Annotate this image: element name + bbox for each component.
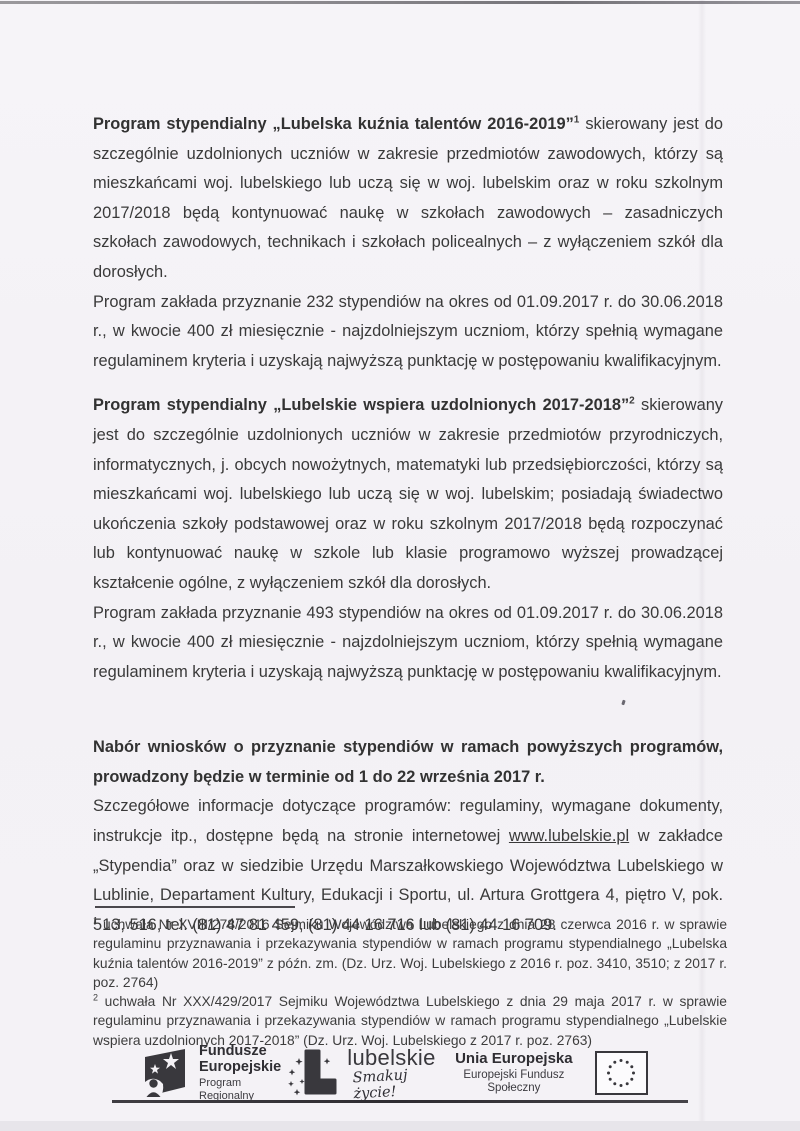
- footnote-separator-line: [95, 906, 295, 908]
- eu-flag-icon: [595, 1051, 648, 1095]
- footnote-1: 1 uchwała Nr XVIII/278/2016 Sejmiku Woje…: [93, 915, 727, 992]
- eu-funds-title-line-1: Fundusze: [199, 1043, 286, 1059]
- footnotes-section: 1 uchwała Nr XVIII/278/2016 Sejmiku Woje…: [93, 906, 727, 1050]
- lubelskie-logo-text: lubelskie Smakuj życie!: [347, 1047, 442, 1100]
- scan-top-edge-line: [0, 1, 800, 4]
- paragraph-program-2-details: Program zakłada przyznanie 493 stypendió…: [93, 599, 723, 688]
- eu-logo-text: Unia Europejska Europejski Fundusz Społe…: [442, 1051, 586, 1095]
- paragraph-program-2: Program stypendialny „Lubelskie wspiera …: [93, 391, 723, 598]
- lubelskie-slogan: Smakuj życie!: [353, 1065, 443, 1102]
- program-2-title: Program stypendialny „Lubelskie wspiera …: [93, 396, 629, 414]
- eu-funds-title-line-2: Europejskie: [199, 1059, 286, 1075]
- eu-title: Unia Europejska: [442, 1051, 586, 1067]
- footnote-1-text: uchwała Nr XVIII/278/2016 Sejmiku Wojewó…: [93, 917, 727, 990]
- lubelskie-title: lubelskie: [347, 1047, 442, 1068]
- footnote-2-text: uchwała Nr XXX/429/2017 Sejmiku Wojewódz…: [93, 994, 727, 1048]
- eu-funds-flag-icon: [140, 1048, 190, 1098]
- document-body: Program stypendialny „Lubelska kuźnia ta…: [93, 110, 723, 940]
- lubelskie-logo-group: lubelskie Smakuj życie!: [286, 1047, 442, 1100]
- eu-funds-logo-text: Fundusze Europejskie Program Regionalny: [199, 1043, 286, 1103]
- paragraph-program-1: Program stypendialny „Lubelska kuźnia ta…: [93, 110, 723, 288]
- eu-logo-group: Unia Europejska Europejski Fundusz Społe…: [442, 1051, 648, 1095]
- page-background: Program stypendialny „Lubelska kuźnia ta…: [0, 0, 800, 1121]
- lubelskie-website-link[interactable]: www.lubelskie.pl: [509, 827, 629, 845]
- paragraph-application-period: Nabór wniosków o przyznanie stypendiów w…: [93, 733, 723, 792]
- footnote-2: 2 uchwała Nr XXX/429/2017 Sejmiku Wojewó…: [93, 992, 727, 1050]
- program-2-text: skierowany jest do szczególnie uzdolnion…: [93, 396, 723, 592]
- program-1-text: skierowany jest do szczególnie uzdolnion…: [93, 115, 723, 281]
- footer-logos: Fundusze Europejskie Program Regionalny …: [140, 1047, 648, 1099]
- footer-bottom-rule: [112, 1100, 688, 1103]
- scanned-document-page: { "document": { "para1": { "bold": "Prog…: [0, 0, 800, 1131]
- eu-subtitle: Europejski Fundusz Społeczny: [442, 1069, 586, 1095]
- eu-funds-logo-group: Fundusze Europejskie Program Regionalny: [140, 1043, 286, 1103]
- lubelskie-l-icon: [286, 1048, 338, 1098]
- program-1-title: Program stypendialny „Lubelska kuźnia ta…: [93, 115, 574, 133]
- paragraph-program-1-details: Program zakłada przyznanie 232 stypendió…: [93, 288, 723, 377]
